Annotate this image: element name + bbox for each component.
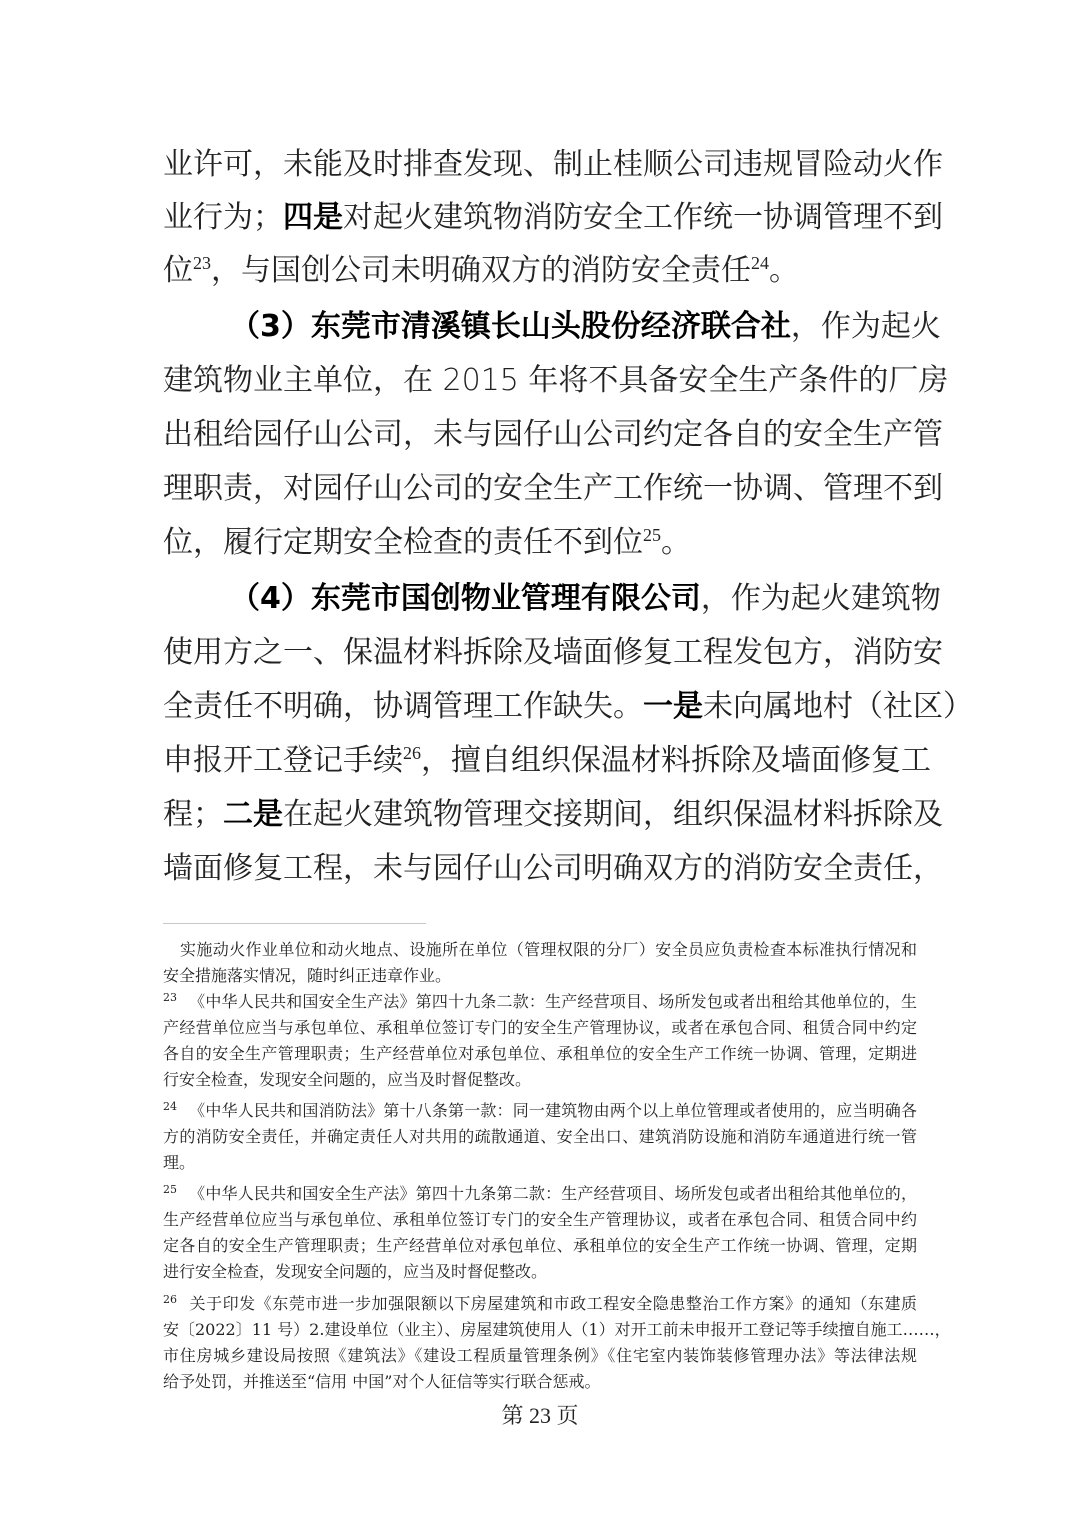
footnote-number: 24 xyxy=(163,1100,177,1113)
body-text: 全责任不明确，协调管理工作缺失。 xyxy=(163,689,643,724)
footnote-text: 各自的安全生产管理职责；生产经营单位对承包单位、承租单位的安全生产工作统一协调、… xyxy=(163,1044,917,1063)
footnote-text: 实施动火作业单位和动火地点、设施所在单位（管理权限的分厂）安全员应负责检查本标准… xyxy=(180,940,917,959)
body-line: 理职责，对园仔山公司的安全生产工作统一协调、管理不到 xyxy=(163,462,917,516)
footnote-text: 市住房城乡建设局按照《建筑法》《建设工程质量管理条例》《住宅室内装饰装修管理办法… xyxy=(163,1346,917,1365)
footnote-23: 23《中华人民共和国安全生产法》第四十九条二款：生产经营项目、场所发包或者出租给… xyxy=(163,988,917,1016)
body-text: 。 xyxy=(769,253,799,288)
footnote-text: 产经营单位应当与承包单位、承租单位签订专门的安全生产管理协议，或者在承包合同、租… xyxy=(163,1018,917,1037)
footnote-24: 24《中华人民共和国消防法》第十八条第一款：同一建筑物由两个以上单位管理或者使用… xyxy=(163,1097,917,1125)
footnote-line: 各自的安全生产管理职责；生产经营单位对承包单位、承租单位的安全生产工作统一协调、… xyxy=(163,1040,917,1068)
footnote-text: 理。 xyxy=(163,1153,195,1172)
body-text: 使用方之一、保温材料拆除及墙面修复工程发包方，消防安 xyxy=(163,635,943,670)
body-text: 建筑物业主单位，在 2015 年将不具备安全生产条件的厂房 xyxy=(163,363,948,398)
footnote-separator xyxy=(163,923,426,924)
body-text: 位，履行定期安全检查的责任不到位 xyxy=(163,525,643,560)
body-text: ，与国创公司未明确双方的消防安全责任 xyxy=(211,253,751,288)
body-text: 理职责，对园仔山公司的安全生产工作统一协调、管理不到 xyxy=(163,471,943,506)
document-page: 业许可，未能及时排查发现、制止桂顺公司违规冒险动火作 业行为；四是对起火建筑物消… xyxy=(0,0,1080,1528)
footnote-text: 给予处罚，并推送至“信用 中国”对个人征信等实行联合惩戒。 xyxy=(163,1372,600,1391)
body-line: 出租给园仔山公司，未与园仔山公司约定各自的安全生产管 xyxy=(163,408,917,462)
footnote-ref[interactable]: 24 xyxy=(751,253,769,273)
body-text: 。 xyxy=(661,525,691,560)
footnote-line: 产经营单位应当与承包单位、承租单位签订专门的安全生产管理协议，或者在承包合同、租… xyxy=(163,1014,917,1042)
footnote-25: 25《中华人民共和国安全生产法》第四十九条第二款：生产经营项目、场所发包或者出租… xyxy=(163,1180,917,1208)
body-line: 申报开工登记手续26，擅自组织保温材料拆除及墙面修复工 xyxy=(163,734,917,788)
footnote-text: 《中华人民共和国安全生产法》第四十九条二款：生产经营项目、场所发包或者出租给其他… xyxy=(189,992,917,1011)
emphasis-text: 二是 xyxy=(223,797,283,832)
footnote-text: 定各自的安全生产管理职责；生产经营单位对承包单位、承租单位的安全生产工作统一协调… xyxy=(163,1236,917,1255)
body-text: 墙面修复工程，未与园仔山公司明确双方的消防安全责任， xyxy=(163,851,943,886)
footnote-line: 实施动火作业单位和动火地点、设施所在单位（管理权限的分厂）安全员应负责检查本标准… xyxy=(180,936,917,964)
footnote-line: 行安全检查，发现安全问题的，应当及时督促整改。 xyxy=(163,1066,917,1094)
body-text: 对起火建筑物消防安全工作统一协调管理不到 xyxy=(343,200,943,235)
body-text: 位 xyxy=(163,253,193,288)
body-text: 程； xyxy=(163,797,223,832)
footnote-number: 25 xyxy=(163,1183,177,1196)
footnote-text: 安全措施落实情况，随时纠正违章作业。 xyxy=(163,966,451,985)
body-line: 位23，与国创公司未明确双方的消防安全责任24。 xyxy=(163,244,917,298)
footnote-number: 23 xyxy=(163,991,177,1004)
body-line: 墙面修复工程，未与园仔山公司明确双方的消防安全责任， xyxy=(163,842,917,896)
footnote-line: 方的消防安全责任，并确定责任人对共用的疏散通道、安全出口、建筑消防设施和消防车通… xyxy=(163,1123,917,1151)
footnote-line: 安〔2022〕11 号）2.建设单位（业主）、房屋建筑使用人（1）对开工前未申报… xyxy=(163,1316,917,1344)
footnote-text: 《中华人民共和国消防法》第十八条第一款：同一建筑物由两个以上单位管理或者使用的，… xyxy=(189,1101,917,1120)
body-line: 业行为；四是对起火建筑物消防安全工作统一协调管理不到 xyxy=(163,191,917,245)
body-line: 全责任不明确，协调管理工作缺失。一是未向属地村（社区） xyxy=(163,680,917,734)
body-line: （3）东莞市清溪镇长山头股份经济联合社，作为起火 xyxy=(230,300,917,354)
footnote-line: 生产经营单位应当与承包单位、承租单位签订专门的安全生产管理协议，或者在承包合同、… xyxy=(163,1206,917,1234)
footnote-text: 《中华人民共和国安全生产法》第四十九条第二款：生产经营项目、场所发包或者出租给其… xyxy=(189,1184,917,1203)
paragraph-heading: （4）东莞市国创物业管理有限公司 xyxy=(230,581,701,616)
footnote-text: 安〔2022〕11 号）2.建设单位（业主）、房屋建筑使用人（1）对开工前未申报… xyxy=(163,1320,951,1339)
footnote-text: 生产经营单位应当与承包单位、承租单位签订专门的安全生产管理协议，或者在承包合同、… xyxy=(163,1210,917,1229)
footnote-text: 进行安全检查，发现安全问题的，应当及时督促整改。 xyxy=(163,1262,547,1281)
body-line: 业许可，未能及时排查发现、制止桂顺公司违规冒险动火作 xyxy=(163,138,917,192)
emphasis-text: 四是 xyxy=(283,200,343,235)
body-line: （4）东莞市国创物业管理有限公司，作为起火建筑物 xyxy=(230,572,917,626)
footnote-ref[interactable]: 25 xyxy=(643,525,661,545)
footnote-number: 26 xyxy=(163,1293,177,1306)
page-number: 第 23 页 xyxy=(0,1400,1080,1432)
emphasis-text: 一是 xyxy=(643,689,703,724)
body-text: 业行为； xyxy=(163,200,283,235)
body-text: ，作为起火建筑物 xyxy=(701,581,941,616)
footnote-text: 方的消防安全责任，并确定责任人对共用的疏散通道、安全出口、建筑消防设施和消防车通… xyxy=(163,1127,917,1146)
body-text: ，擅自组织保温材料拆除及墙面修复工 xyxy=(421,743,931,778)
body-text: 未向属地村（社区） xyxy=(703,689,973,724)
body-text: ，作为起火 xyxy=(791,309,941,344)
body-text: 申报开工登记手续 xyxy=(163,743,403,778)
body-line: 程；二是在起火建筑物管理交接期间，组织保温材料拆除及 xyxy=(163,788,917,842)
footnote-ref[interactable]: 26 xyxy=(403,743,421,763)
footnote-ref[interactable]: 23 xyxy=(193,253,211,273)
footnote-text: 关于印发《东莞市进一步加强限额以下房屋建筑和市政工程安全隐患整治工作方案》的通知… xyxy=(189,1294,917,1313)
footnote-line: 定各自的安全生产管理职责；生产经营单位对承包单位、承租单位的安全生产工作统一协调… xyxy=(163,1232,917,1260)
body-text: 出租给园仔山公司，未与园仔山公司约定各自的安全生产管 xyxy=(163,417,943,452)
body-line: 使用方之一、保温材料拆除及墙面修复工程发包方，消防安 xyxy=(163,626,917,680)
body-line: 建筑物业主单位，在 2015 年将不具备安全生产条件的厂房 xyxy=(163,354,917,408)
footnote-line: 给予处罚，并推送至“信用 中国”对个人征信等实行联合惩戒。 xyxy=(163,1368,917,1396)
footnote-line: 市住房城乡建设局按照《建筑法》《建设工程质量管理条例》《住宅室内装饰装修管理办法… xyxy=(163,1342,917,1370)
footnote-line: 理。 xyxy=(163,1149,917,1177)
footnote-line: 安全措施落实情况，随时纠正违章作业。 xyxy=(163,962,917,990)
body-line: 位，履行定期安全检查的责任不到位25。 xyxy=(163,516,917,570)
paragraph-heading: （3）东莞市清溪镇长山头股份经济联合社 xyxy=(230,309,791,344)
footnote-text: 行安全检查，发现安全问题的，应当及时督促整改。 xyxy=(163,1070,531,1089)
body-text: 业许可，未能及时排查发现、制止桂顺公司违规冒险动火作 xyxy=(163,147,943,182)
body-text: 在起火建筑物管理交接期间，组织保温材料拆除及 xyxy=(283,797,943,832)
footnote-line: 进行安全检查，发现安全问题的，应当及时督促整改。 xyxy=(163,1258,917,1286)
footnote-26: 26关于印发《东莞市进一步加强限额以下房屋建筑和市政工程安全隐患整治工作方案》的… xyxy=(163,1290,917,1318)
